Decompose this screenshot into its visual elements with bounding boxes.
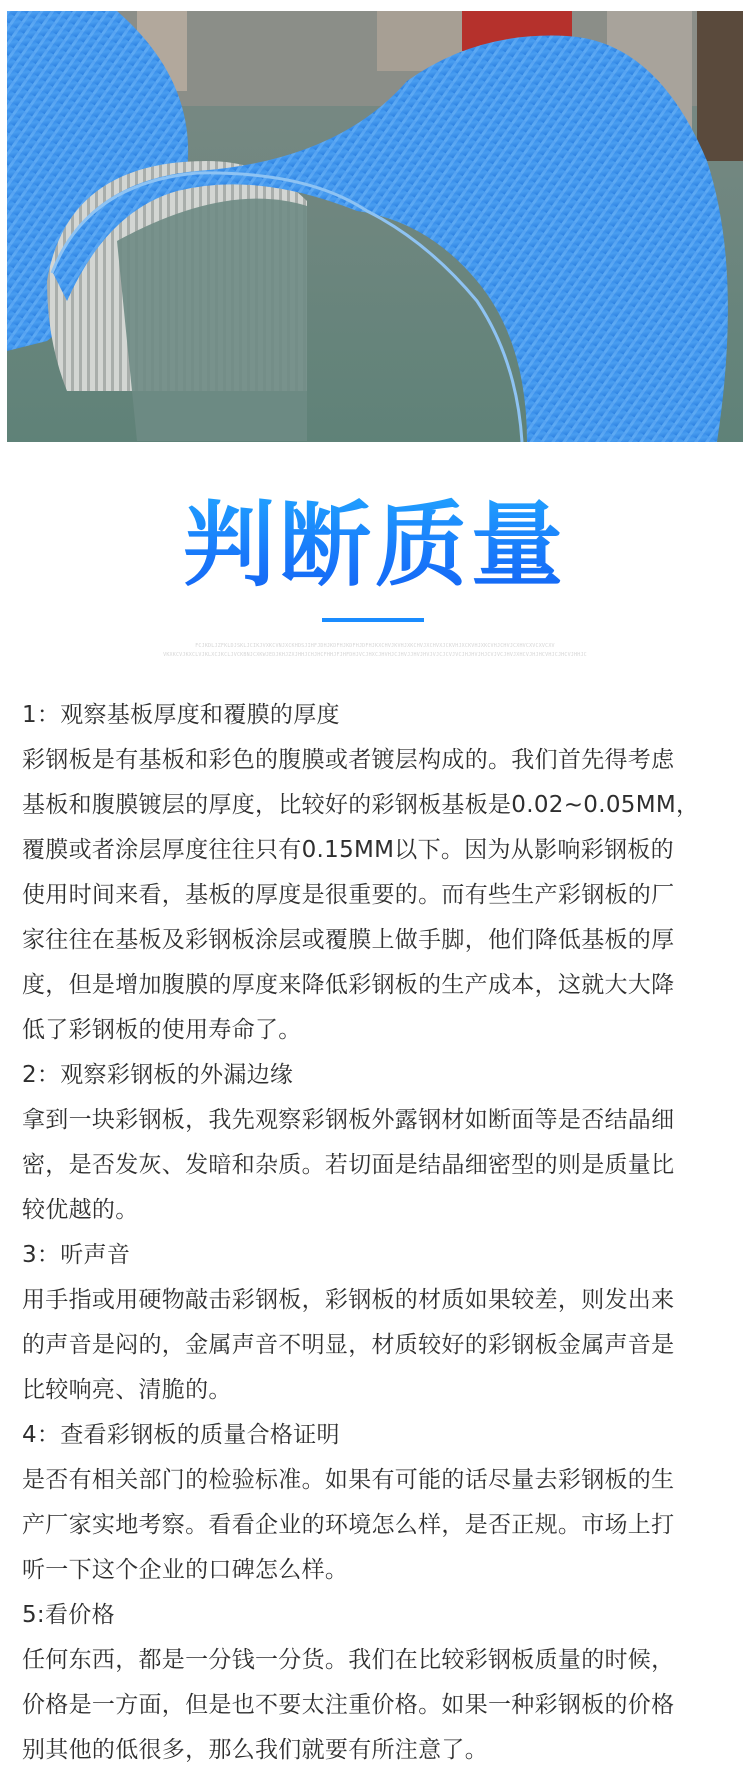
hero-product-photo [7,11,743,442]
article-body: 1：观察基板厚度和覆膜的厚度 彩钢板是有基板和彩色的腹膜或者镀层构成的。我们首先… [22,693,742,1773]
paragraph-line: 产厂家实地考察。看看企业的环境怎么样，是否正规。市场上打 [22,1503,742,1548]
paragraph-line: 别其他的低很多，那么我们就要有所注意了。 [22,1728,742,1773]
paragraph-line: 彩钢板是有基板和彩色的腹膜或者镀层构成的。我们首先得考虑 [22,738,742,783]
section-heading: 1：观察基板厚度和覆膜的厚度 [22,693,742,738]
section-heading: 4：查看彩钢板的质量合格证明 [22,1413,742,1458]
title-underline-divider [322,618,424,622]
paragraph-line: 使用时间来看，基板的厚度是很重要的。而有些生产彩钢板的厂 [22,873,742,918]
decorative-letter-line: VKXKCVJKXCLVJKLXCJKCLJVCKBNJCXKWJEDJKHJZ… [0,652,750,658]
arched-steel-panel-illustration [7,11,743,442]
paragraph-line: 用手指或用硬物敲击彩钢板，彩钢板的材质如果较差，则发出来 [22,1278,742,1323]
page-title: 判断质量 [183,486,567,606]
paragraph-line: 密，是否发灰、发暗和杂质。若切面是结晶细密型的则是质量比 [22,1143,742,1188]
paragraph-line: 比较响亮、清脆的。 [22,1368,742,1413]
section-heading: 2：观察彩钢板的外漏边缘 [22,1053,742,1098]
section-heading: 3：听声音 [22,1233,742,1278]
decorative-letter-line: FCJKDLJZFKLDJSKLJCIKJVXKCVNJXCKHDSJIHFJD… [0,643,750,649]
paragraph-line: 是否有相关部门的检验标准。如果有可能的话尽量去彩钢板的生 [22,1458,742,1503]
paragraph-line: 低了彩钢板的使用寿命了。 [22,1008,742,1053]
paragraph-line: 听一下这个企业的口碑怎么样。 [22,1548,742,1593]
paragraph-line: 的声音是闷的，金属声音不明显，材质较好的彩钢板金属声音是 [22,1323,742,1368]
paragraph-line: 拿到一块彩钢板，我先观察彩钢板外露钢材如断面等是否结晶细 [22,1098,742,1143]
section-header: 判断质量 [0,486,750,606]
section-heading: 5:看价格 [22,1593,742,1638]
paragraph-line: 度，但是增加腹膜的厚度来降低彩钢板的生产成本，这就大大降 [22,963,742,1008]
paragraph-line: 家往往在基板及彩钢板涂层或覆膜上做手脚，他们降低基板的厚 [22,918,742,963]
paragraph-line: 价格是一方面，但是也不要太注重价格。如果一种彩钢板的价格 [22,1683,742,1728]
paragraph-line: 较优越的。 [22,1188,742,1233]
paragraph-line: 基板和腹膜镀层的厚度，比较好的彩钢板基板是0.02~0.05MM， [22,783,742,828]
paragraph-line: 任何东西，都是一分钱一分货。我们在比较彩钢板质量的时候， [22,1638,742,1683]
paragraph-line: 覆膜或者涂层厚度往往只有0.15MM以下。因为从影响彩钢板的 [22,828,742,873]
